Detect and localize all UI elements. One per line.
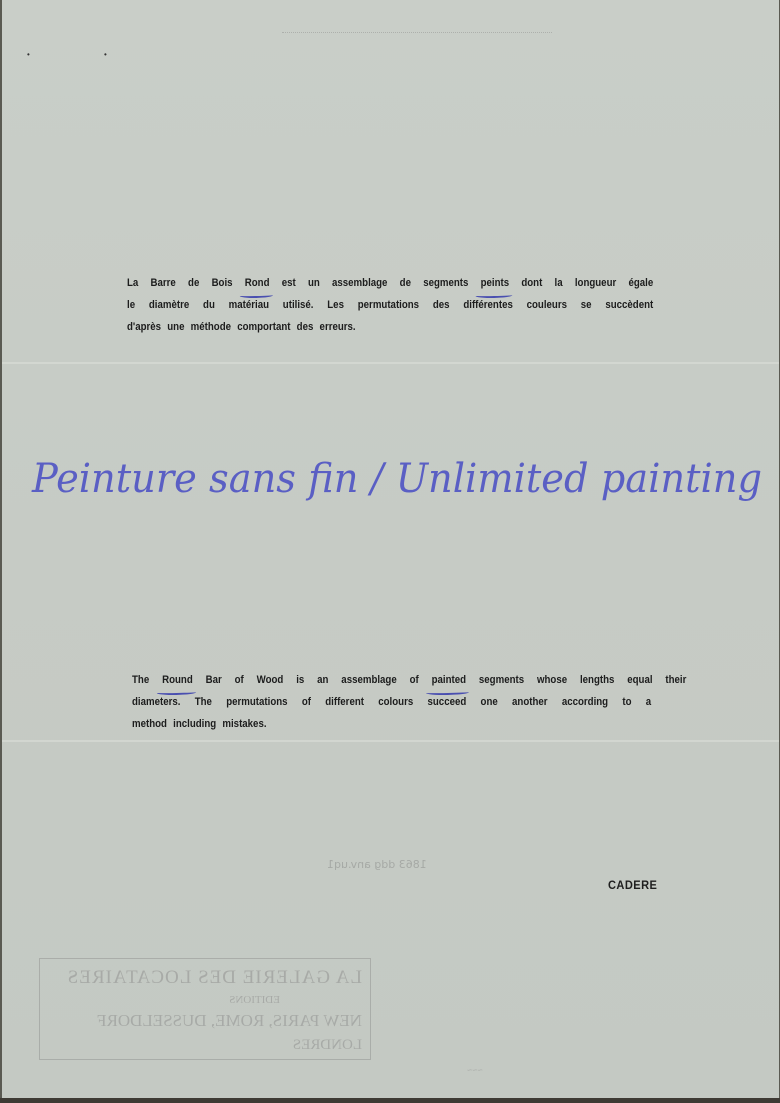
ghost-inscription: 1863 ddg anv.uq1 bbox=[327, 858, 427, 871]
fold-line bbox=[2, 740, 779, 742]
english-paragraph: The Round Bar of Wood is an assemblage o… bbox=[132, 669, 686, 735]
stamp-line-3: NEW PARIS, ROME, DUSSELDORF bbox=[97, 1011, 362, 1031]
french-line-1: La Barre de Bois Rond est un assemblage … bbox=[127, 272, 653, 294]
signature: CADERE bbox=[608, 878, 657, 892]
stamp-line-4: LONDRES bbox=[293, 1037, 362, 1054]
svg-text:Peinture sans fin / Unlimited: Peinture sans fin / Unlimited painting bbox=[31, 456, 762, 502]
underlined-word: Rond bbox=[245, 272, 270, 294]
handwritten-title: Peinture sans fin / Unlimited painting bbox=[30, 440, 770, 540]
faint-header-marks bbox=[282, 32, 552, 35]
english-line-1: The Round Bar of Wood is an assemblage o… bbox=[132, 669, 686, 691]
stamp-line-2: EDITIONS bbox=[229, 994, 280, 1006]
handwriting-ink: Peinture sans fin / Unlimited painting bbox=[30, 440, 770, 540]
english-line-3: method including mistakes. bbox=[132, 713, 686, 735]
french-line-2: le diamètre du matériau utilisé. Les per… bbox=[127, 294, 653, 316]
gallery-stamp-offset: LA GALERIE DES LOCATAIRES EDITIONS NEW P… bbox=[39, 958, 371, 1060]
document-page: • • La Barre de Bois Rond est un assembl… bbox=[2, 0, 779, 1098]
english-line-2: diameters. The permutations of different… bbox=[132, 691, 651, 713]
ghost-mark: ~~~ bbox=[467, 1065, 483, 1075]
stamp-line-1: LA GALERIE DES LOCATAIRES bbox=[67, 967, 362, 989]
french-line-3: d'après une méthode comportant des erreu… bbox=[127, 316, 653, 338]
punch-marks: • • bbox=[27, 50, 143, 59]
french-paragraph: La Barre de Bois Rond est un assemblage … bbox=[127, 272, 653, 338]
page-bottom-edge bbox=[0, 1098, 780, 1103]
fold-line bbox=[2, 362, 779, 364]
underlined-word: Round bbox=[162, 669, 193, 691]
underlined-word: painted bbox=[432, 669, 466, 691]
underlined-word: peints bbox=[481, 272, 510, 294]
